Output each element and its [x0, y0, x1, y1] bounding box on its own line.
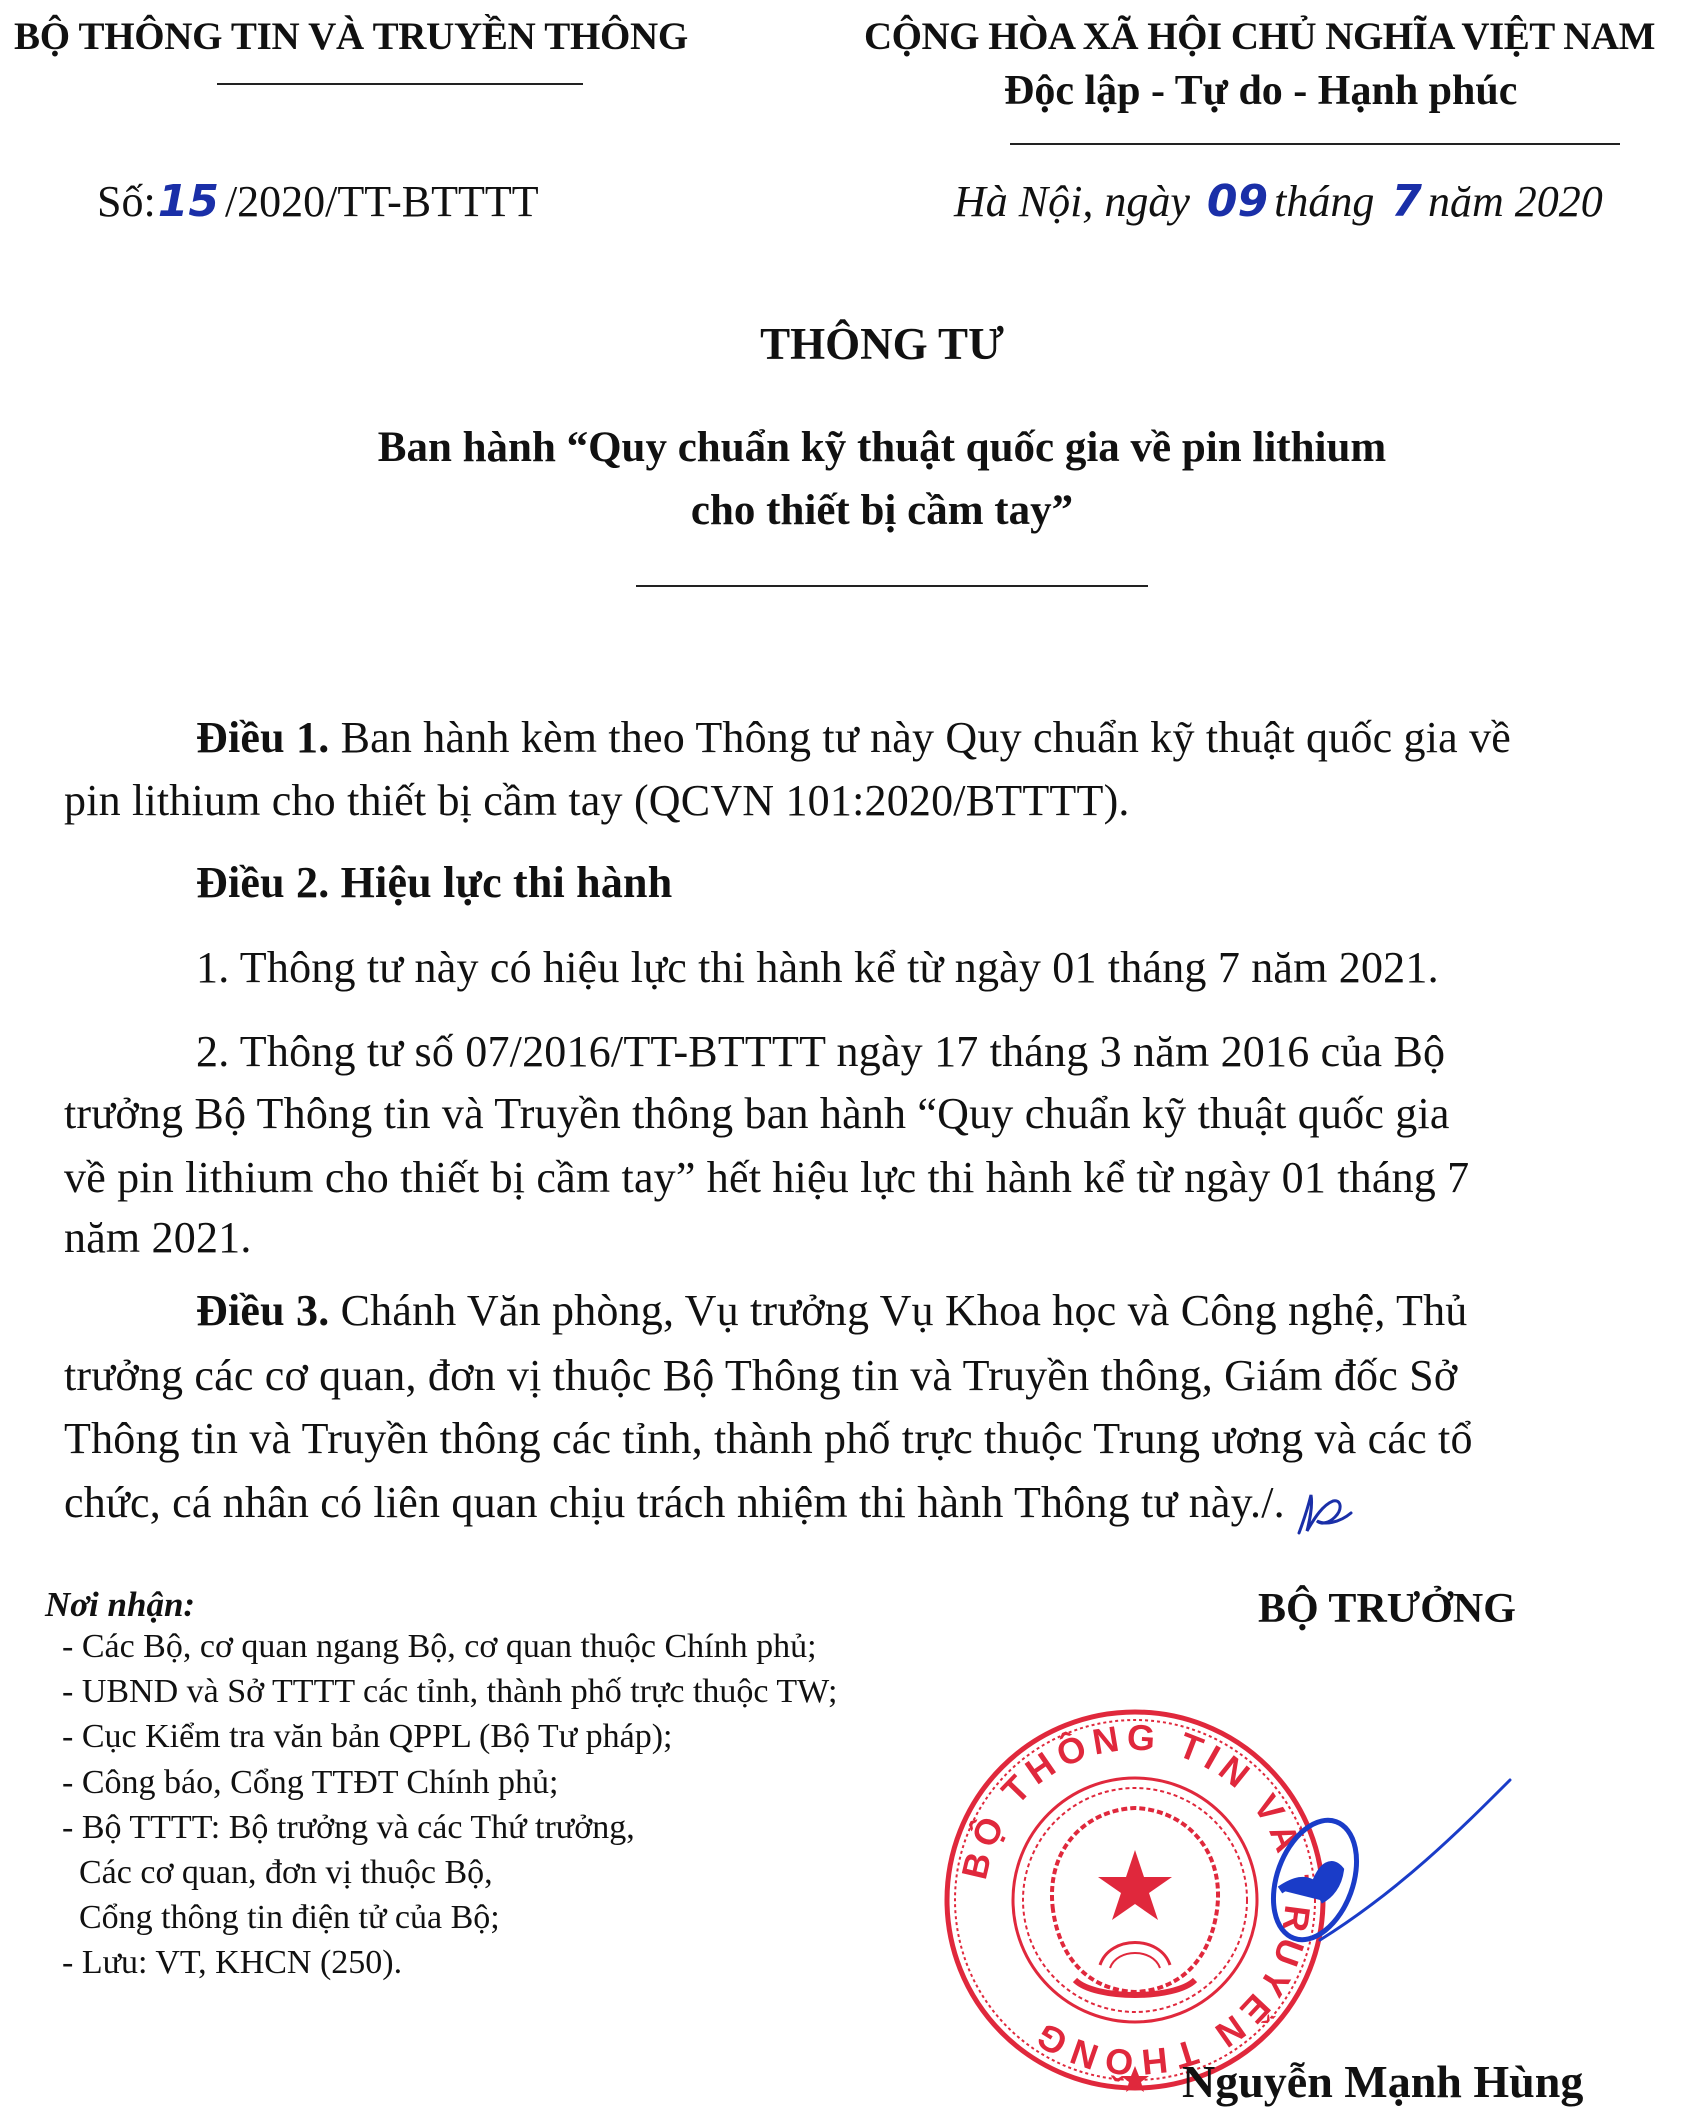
initial-flourish-icon: [1293, 1487, 1363, 1537]
handwritten-day: 09: [1207, 176, 1268, 227]
document-date: Hà Nội, ngày 09tháng 7năm 2020: [954, 176, 1603, 227]
national-motto: Độc lập - Tự do - Hạnh phúc: [1004, 67, 1517, 115]
document-number: Số:15/2020/TT-BTTTT: [97, 176, 539, 227]
article-1-line-2: pin lithium cho thiết bị cầm tay (QCVN 1…: [64, 775, 1130, 826]
recipient-item: - UBND và Sở TTTT các tỉnh, thành phố tr…: [62, 1673, 837, 1711]
article-2-clause-2-line-2: trưởng Bộ Thông tin và Truyền thông ban …: [64, 1088, 1450, 1139]
document-subject-line-1: Ban hành “Quy chuẩn kỹ thuật quốc gia về…: [0, 423, 1691, 472]
article-1-heading: Điều 1.: [196, 713, 329, 762]
article-1-text: Ban hành kèm theo Thông tư này Quy chuẩn…: [341, 713, 1511, 762]
article-2-clause-2-line-1: 2. Thông tư số 07/2016/TT-BTTTT ngày 17 …: [196, 1026, 1445, 1077]
date-month-label: tháng: [1274, 177, 1385, 226]
article-1-line-1: Điều 1. Ban hành kèm theo Thông tư này Q…: [196, 712, 1511, 763]
handwritten-month: 7: [1391, 176, 1422, 227]
article-3-line-3: Thông tin và Truyền thông các tỉnh, thàn…: [64, 1413, 1473, 1464]
article-2-clause-1: 1. Thông tư này có hiệu lực thi hành kể …: [196, 942, 1439, 993]
article-3-text: Chánh Văn phòng, Vụ trưởng Vụ Khoa học v…: [341, 1286, 1468, 1335]
recipient-item: - Công báo, Cổng TTĐT Chính phủ;: [62, 1764, 558, 1802]
signer-name: Nguyễn Mạnh Hùng: [1182, 2055, 1583, 2108]
article-3-line-1: Điều 3. Chánh Văn phòng, Vụ trưởng Vụ Kh…: [196, 1285, 1467, 1336]
document-type: THÔNG TƯ: [0, 318, 1691, 370]
handwritten-signature-icon: [1260, 1760, 1520, 1960]
date-prefix: Hà Nội, ngày: [954, 177, 1201, 226]
recipient-item: - Các Bộ, cơ quan ngang Bộ, cơ quan thuộ…: [62, 1628, 817, 1666]
number-suffix: /2020/TT-BTTTT: [225, 177, 539, 226]
article-3-line-2: trưởng các cơ quan, đơn vị thuộc Bộ Thôn…: [64, 1350, 1457, 1401]
recipient-item: - Lưu: VT, KHCN (250).: [62, 1944, 402, 1982]
recipient-item: - Cục Kiểm tra văn bản QPPL (Bộ Tư pháp)…: [62, 1718, 673, 1756]
motto-underline: [1010, 143, 1620, 145]
article-2-heading: Điều 2. Hiệu lực thi hành: [196, 857, 672, 908]
article-3-line-4: chức, cá nhân có liên quan chịu trách nh…: [64, 1477, 1363, 1537]
agency-underline: [217, 83, 583, 85]
article-2-clause-2-line-3: về pin lithium cho thiết bị cầm tay” hết…: [64, 1152, 1469, 1203]
document-subject-line-2: cho thiết bị cầm tay”: [0, 486, 1691, 535]
article-3-text-end: chức, cá nhân có liên quan chịu trách nh…: [64, 1478, 1285, 1527]
recipient-item: Cổng thông tin điện tử của Bộ;: [62, 1899, 500, 1937]
article-2-clause-2-line-4: năm 2021.: [64, 1212, 252, 1263]
handwritten-number: 15: [158, 176, 219, 227]
date-year: năm 2020: [1428, 177, 1603, 226]
number-prefix: Số:: [97, 177, 156, 226]
title-underline: [636, 585, 1148, 587]
issuing-agency: BỘ THÔNG TIN VÀ TRUYỀN THÔNG: [14, 14, 688, 59]
recipients-heading: Nơi nhận:: [45, 1585, 195, 1625]
recipient-item: - Bộ TTTT: Bộ trưởng và các Thứ trưởng,: [62, 1809, 635, 1847]
recipient-item: Các cơ quan, đơn vị thuộc Bộ,: [62, 1854, 493, 1892]
national-title: CỘNG HÒA XÃ HỘI CHỦ NGHĨA VIỆT NAM: [864, 14, 1655, 59]
signer-title: BỘ TRƯỞNG: [1258, 1585, 1516, 1633]
article-3-heading: Điều 3.: [196, 1286, 329, 1335]
